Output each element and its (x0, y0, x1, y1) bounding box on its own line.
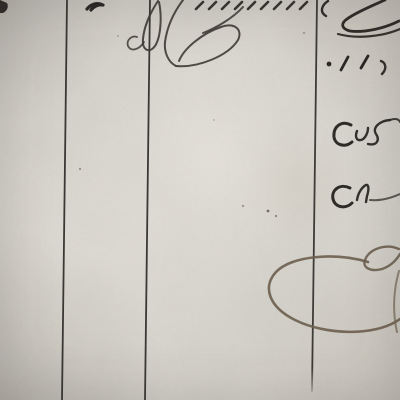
paper-grain-texture (0, 0, 400, 400)
manuscript-page (0, 0, 400, 400)
ink-layer (0, 0, 400, 400)
